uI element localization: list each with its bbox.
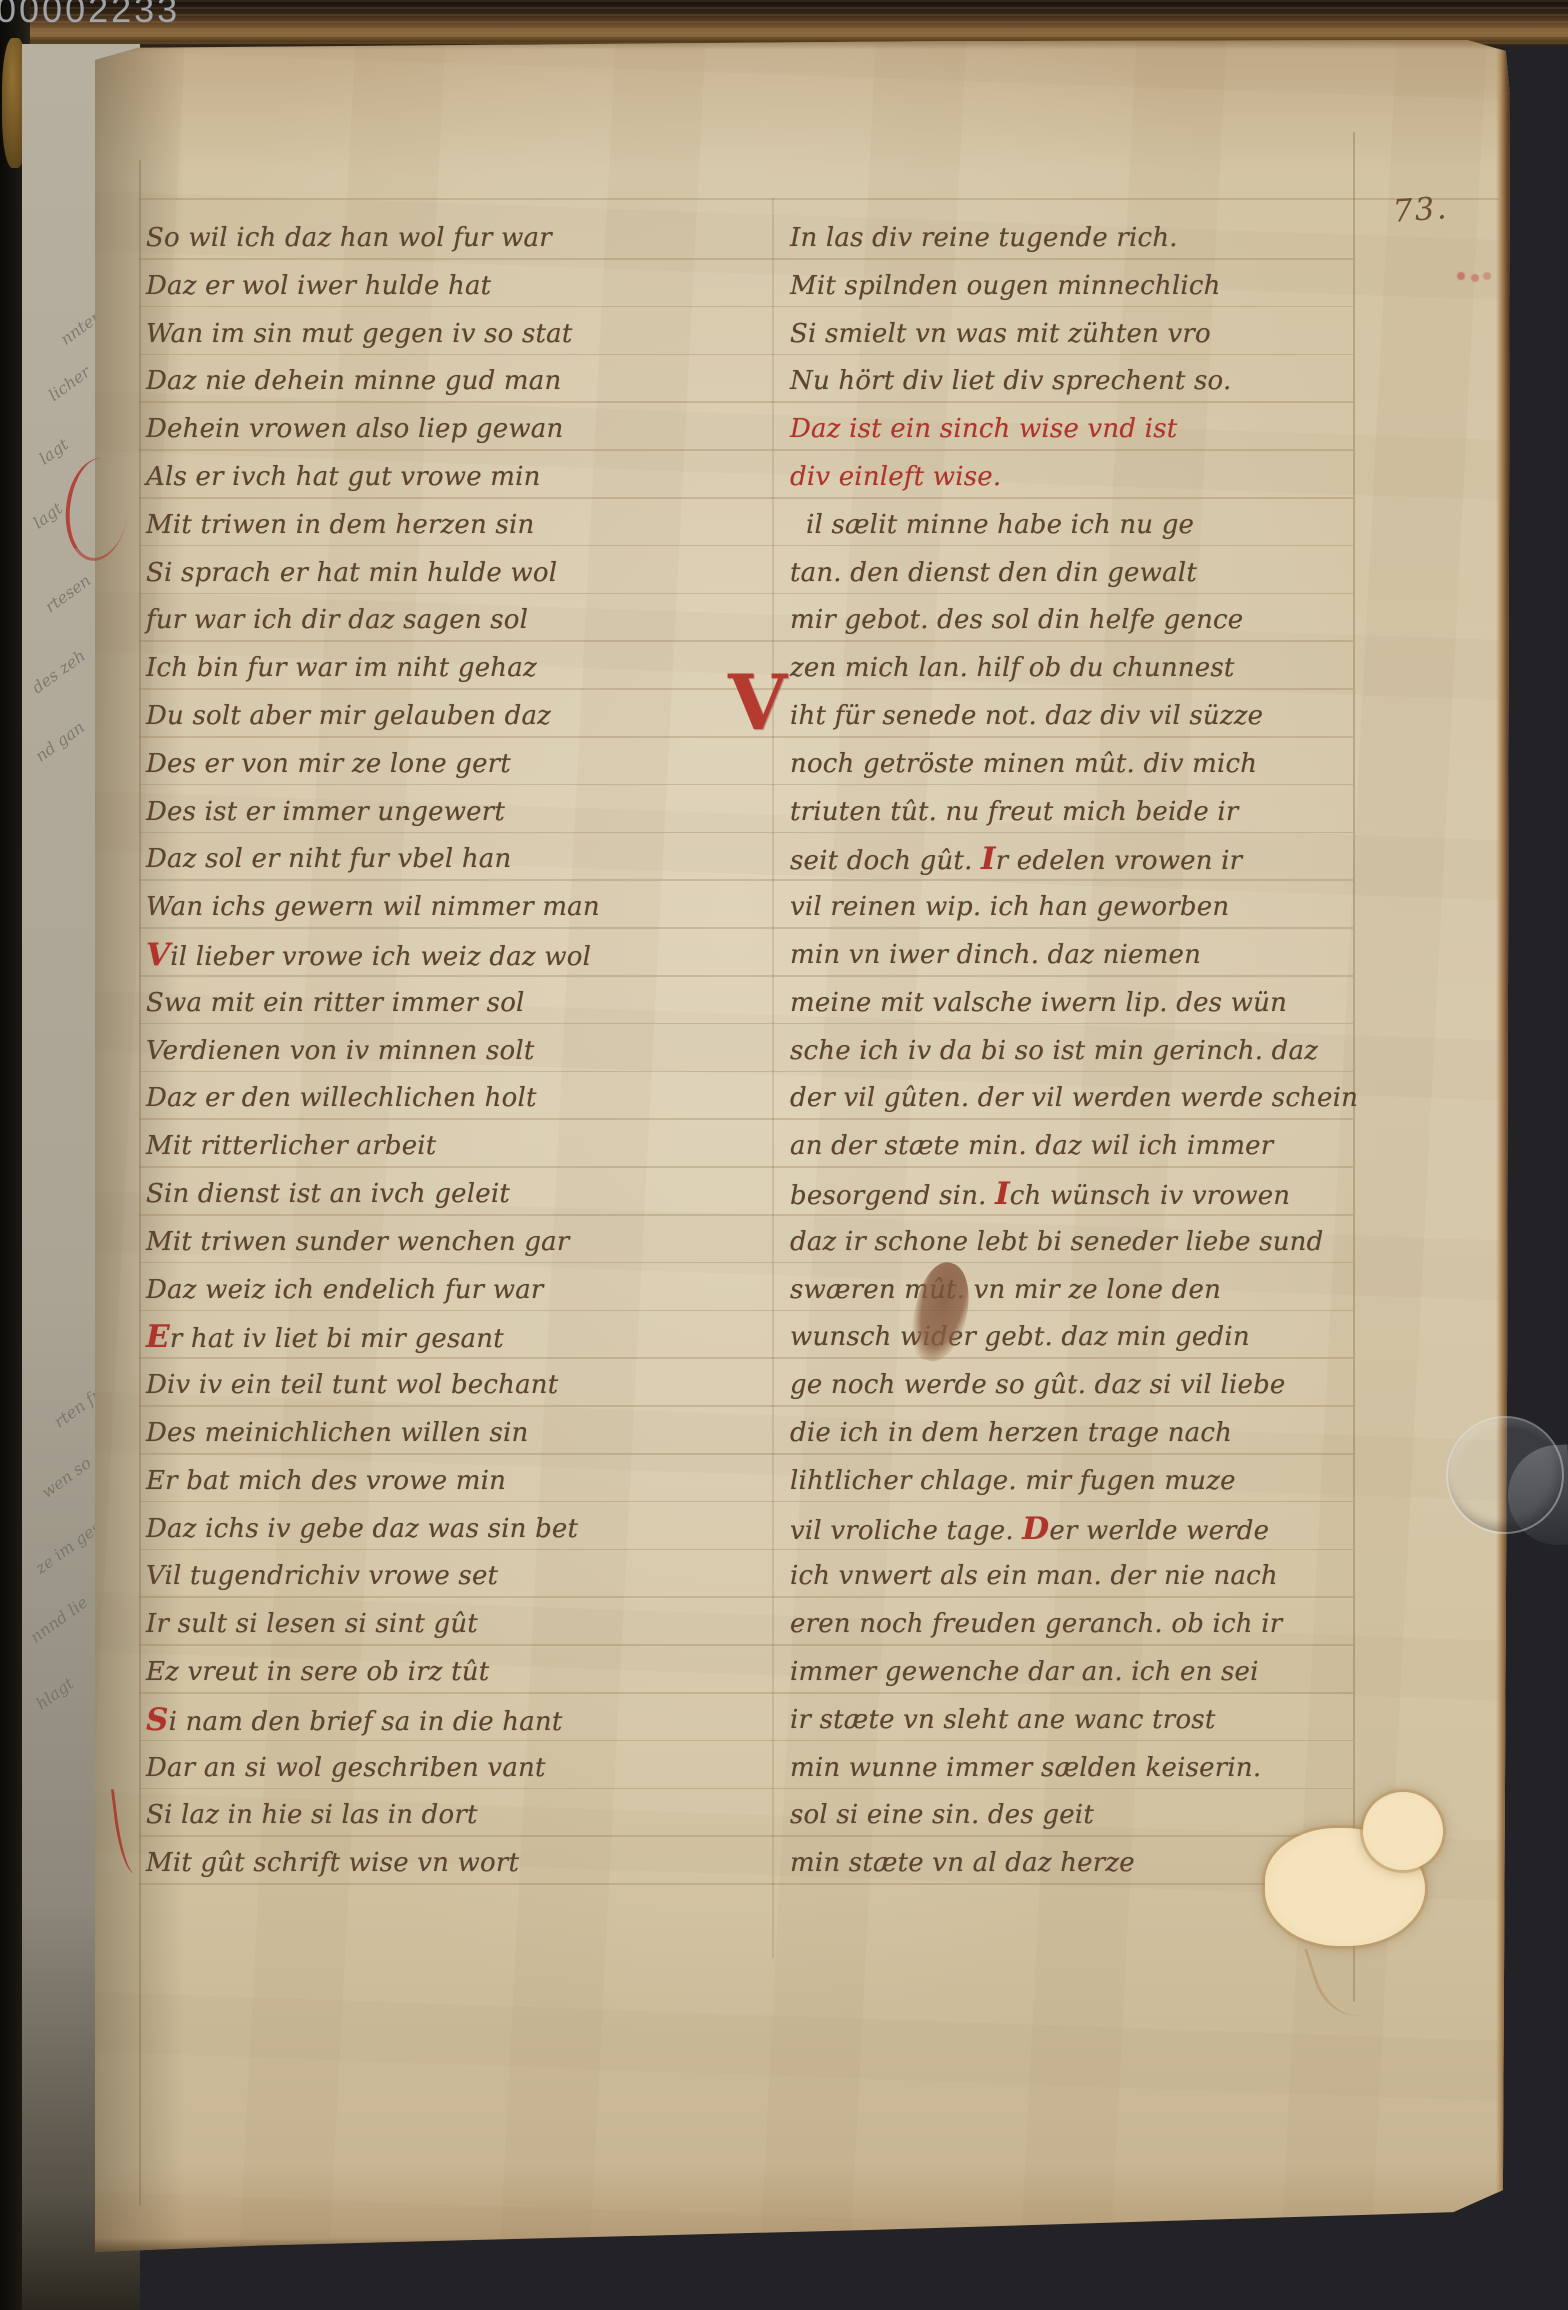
ruling-line [139,1501,1353,1503]
text-line: In las div reine tugende rich. [790,218,1178,258]
body-text: ge noch werde so gût. daz si vil liebe [790,1370,1286,1400]
text-line: Swa mit ein ritter immer sol [146,983,525,1023]
body-text: Mit spilnden ougen minnechlich [790,271,1221,301]
ruling-line [139,1453,1353,1455]
text-line: min wunne immer sælden keiserin. [790,1748,1261,1788]
body-text: Daz sol er niht fur vbel han [146,844,511,874]
text-line: Dehein vrowen also liep gewan [146,409,563,449]
page-edge-streaks [0,0,1568,46]
ghost-text-fragment: nd gan [32,717,88,765]
ruling-line [139,354,1353,356]
body-text: noch getröste minen mût. div mich [790,749,1257,779]
body-text: Er bat mich des vrowe min [146,1466,506,1496]
text-line: vil reinen wip. ich han geworben [790,887,1229,927]
ruling-line [139,1692,1353,1694]
ghost-text-fragment: lagt [29,499,66,533]
body-text: Ich bin fur war im niht gehaz [146,653,537,683]
body-text: Daz er wol iwer hulde hat [146,271,491,301]
body-text: meine mit valsche iwern lip. des wün [790,988,1287,1018]
text-line: ich vnwert als ein man. der nie nach [790,1556,1278,1596]
rubric-text: D [1022,1511,1049,1547]
ruling-line [139,1835,1353,1837]
text-line: Vil tugendrichiv vrowe set [146,1556,498,1596]
text-line: Er bat mich des vrowe min [146,1461,506,1501]
body-text: iht für senede not. daz div vil süzze [790,701,1263,731]
ruling-line [139,593,1353,595]
body-text: r hat iv liet bi mir gesant [170,1324,504,1354]
text-line: die ich in dem herzen trage nach [790,1413,1232,1453]
ruling-line [139,1118,1353,1120]
text-line: tan. den dienst den din gewalt [790,553,1197,593]
page-fore-edge [1496,40,1510,2252]
body-text: an der stæte min. daz wil ich immer [790,1131,1273,1161]
ruling-line [139,1166,1353,1168]
body-text: Swa mit ein ritter immer sol [146,988,525,1018]
page-bottom-browning [95,2238,1510,2252]
body-text: Des er von mir ze lone gert [146,749,511,779]
text-line: an der stæte min. daz wil ich immer [790,1126,1273,1166]
text-line: Des meinichlichen willen sin [146,1413,529,1453]
body-text: il sælit minne habe ich nu ge [806,510,1194,540]
body-text: der vil gûten. der vil werden werde sche… [790,1083,1358,1113]
body-text: Vil tugendrichiv vrowe set [146,1561,498,1591]
text-line: div einleft wise. [790,457,1001,497]
body-text: Daz er den willechlichen holt [146,1083,537,1113]
ruling-line [139,497,1353,499]
body-text: il lieber vrowe ich weiz daz wol [170,942,591,972]
ruling-line [139,1310,1353,1312]
ghost-text-fragment: rtesen [41,571,94,617]
text-line: zen mich lan. hilf ob du chunnest [790,648,1235,688]
body-text: min stæte vn al daz herze [790,1848,1135,1878]
text-line: sol si eine sin. des geit [790,1795,1094,1835]
ruling-line [139,1262,1353,1264]
text-line: Daz nie dehein minne gud man [146,361,561,401]
text-line: Daz er den willechlichen holt [146,1078,537,1118]
text-line: sche ich iv da bi so ist min gerinch. da… [790,1031,1318,1071]
text-line: Si nam den brief sa in die hant [146,1700,563,1742]
body-text: Si sprach er hat min hulde wol [146,558,557,588]
ruling-line [139,832,1353,834]
ruling-line [139,401,1353,403]
body-text: mir gebot. des sol din helfe gence [790,605,1243,635]
text-line: Wan ichs gewern wil nimmer man [146,887,600,927]
body-text: Mit gût schrift wise vn wort [146,1848,519,1878]
body-text: Wan ichs gewern wil nimmer man [146,892,600,922]
body-text: ir stæte vn sleht ane wanc trost [790,1705,1216,1735]
body-text: Dehein vrowen also liep gewan [146,414,563,444]
ruling-vertical-line [139,160,141,2206]
text-line: daz ir schone lebt bi seneder liebe sund [790,1222,1323,1262]
body-text: min vn iwer dinch. daz niemen [790,940,1201,970]
text-line: min vn iwer dinch. daz niemen [790,935,1201,975]
rubric-text: I [995,1176,1010,1212]
ruling-line [139,449,1353,451]
book-top-edge [0,0,1568,46]
body-text: ch wünsch iv vrowen [1010,1181,1290,1211]
body-text: Sin dienst ist an ivch geleit [146,1179,510,1209]
text-line: seit doch gût. Ir edelen vrowen ir [790,839,1242,881]
body-text: Si laz in hie si las in dort [146,1800,478,1830]
body-text: zen mich lan. hilf ob du chunnest [790,653,1235,683]
ruling-line [139,1071,1353,1073]
ruling-line [139,640,1353,642]
body-text: Si smielt vn was mit zühten vro [790,319,1211,349]
rubric-text: S [146,1702,169,1738]
text-line: iht für senede not. daz div vil süzze [790,696,1263,736]
body-text: vil vroliche tage. [790,1516,1022,1546]
body-text: Des ist er immer ungewert [146,797,505,827]
text-line: ir stæte vn sleht ane wanc trost [790,1700,1216,1740]
body-text: r edelen vrowen ir [996,846,1243,876]
text-line: Mit ritterlicher arbeit [146,1126,436,1166]
ruling-line [139,545,1353,547]
body-text: vil reinen wip. ich han geworben [790,892,1229,922]
text-line: Daz ist ein sinch wise vnd ist [790,409,1177,449]
text-line: vil vroliche tage. Der werlde werde [790,1509,1269,1551]
page-holder-glass [1446,1416,1564,1534]
text-line: Verdienen von iv minnen solt [146,1031,535,1071]
ghost-text-fragment: des zeh [28,646,89,697]
body-text: besorgend sin. [790,1181,995,1211]
ruling-line [139,1023,1353,1025]
rubric-text: V [146,937,170,973]
body-text: i nam den brief sa in die hant [169,1707,563,1737]
body-text: Mit ritterlicher arbeit [146,1131,436,1161]
body-text: tan. den dienst den din gewalt [790,558,1197,588]
ruling-line [139,1405,1353,1407]
text-line: Daz er wol iwer hulde hat [146,266,491,306]
body-text: Nu hört div liet div sprechent so. [790,366,1231,396]
ghost-text-fragment: wen so [38,1453,95,1502]
text-line: ge noch werde so gût. daz si vil liebe [790,1365,1286,1405]
body-text: fur war ich dir daz sagen sol [146,605,528,635]
body-text: Daz weiz ich endelich fur war [146,1275,544,1305]
ghost-text-fragment: ze im ges [32,1517,105,1577]
text-line: Des ist er immer ungewert [146,792,505,832]
text-line: Als er ivch hat gut vrowe min [146,457,541,497]
text-line: Div iv ein teil tunt wol bechant [146,1365,558,1405]
body-text: Dar an si wol geschriben vant [146,1753,546,1783]
red-ink-marks [1457,272,1465,280]
body-text: Div iv ein teil tunt wol bechant [146,1370,558,1400]
body-text: triuten tût. nu freut mich beide ir [790,797,1239,827]
drop-cap-v: V [728,668,787,738]
text-line: fur war ich dir daz sagen sol [146,600,528,640]
text-line: lihtlicher chlage. mir fugen muze [790,1461,1236,1501]
body-text: Mit triwen in dem herzen sin [146,510,534,540]
rubric-text: I [981,841,996,877]
body-text: Daz nie dehein minne gud man [146,366,561,396]
body-text: Als er ivch hat gut vrowe min [146,462,541,492]
text-line: Daz weiz ich endelich fur war [146,1270,544,1310]
body-text: Ez vreut in sere ob irz tût [146,1657,489,1687]
manuscript-scan: { "scan": { "counter": "00002233" }, "pa… [0,0,1568,2310]
ghost-text-fragment: hlagt [32,1674,77,1714]
body-text: So wil ich daz han wol fur war [146,223,552,253]
text-line: noch getröste minen mût. div mich [790,744,1257,784]
text-line: Ez vreut in sere ob irz tût [146,1652,489,1692]
folio-number: 73. [1392,190,1450,230]
body-text: ich vnwert als ein man. der nie nach [790,1561,1278,1591]
body-text: Wan im sin mut gegen iv so stat [146,319,573,349]
parchment-repair-patch [1363,1792,1443,1870]
ruling-line [139,784,1353,786]
ruling-line [139,306,1353,308]
body-text: In las div reine tugende rich. [790,223,1178,253]
text-line: Si laz in hie si las in dort [146,1795,478,1835]
ruling-top-line [139,198,1499,200]
body-text: Verdienen von iv minnen solt [146,1036,535,1066]
text-line: triuten tût. nu freut mich beide ir [790,792,1239,832]
text-line: immer gewenche dar an. ich en sei [790,1652,1259,1692]
body-text: daz ir schone lebt bi seneder liebe sund [790,1227,1323,1257]
text-line: Si sprach er hat min hulde wol [146,553,557,593]
text-line: eren noch freuden geranch. ob ich ir [790,1604,1282,1644]
ruling-line [139,1644,1353,1646]
text-line: besorgend sin. Ich wünsch iv vrowen [790,1174,1290,1216]
text-line: Ich bin fur war im niht gehaz [146,648,537,688]
scan-counter: 00002233 [0,0,180,31]
ruling-line [139,1596,1353,1598]
body-text: swæren mût. vn mir ze lone den [790,1275,1221,1305]
text-line: Ir sult si lesen si sint gût [146,1604,478,1644]
text-line: Er hat iv liet bi mir gesant [146,1317,504,1359]
text-line: il sælit minne habe ich nu ge [806,505,1194,545]
body-text: min wunne immer sælden keiserin. [790,1753,1261,1783]
ruling-line [139,258,1353,260]
text-line: min stæte vn al daz herzemin. [790,1843,1342,1883]
body-text: er werlde werde [1049,1516,1269,1546]
body-text: sche ich iv da bi so ist min gerinch. da… [790,1036,1318,1066]
ghost-text-fragment: nnnd lie [27,1592,92,1646]
ruling-line [139,1788,1353,1790]
rubric-text: E [146,1319,170,1355]
text-line: Mit triwen in dem herzen sin [146,505,534,545]
text-line: Mit spilnden ougen minnechlich [790,266,1221,306]
body-text: eren noch freuden geranch. ob ich ir [790,1609,1282,1639]
ruling-vertical-line [772,198,774,1958]
body-text: immer gewenche dar an. ich en sei [790,1657,1259,1687]
text-line: Dar an si wol geschriben vant [146,1748,546,1788]
ruling-line [139,927,1353,929]
text-line: mir gebot. des sol din helfe gence [790,600,1243,640]
text-line: der vil gûten. der vil werden werde sche… [790,1078,1358,1118]
text-line: Mit gût schrift wise vn wort [146,1843,519,1883]
body-text: lihtlicher chlage. mir fugen muze [790,1466,1236,1496]
body-text: wunsch wider gebt. daz min gedin [790,1322,1250,1352]
rubric-text: Daz ist ein sinch wise vnd ist [790,414,1177,444]
text-line: Wan im sin mut gegen iv so stat [146,314,573,354]
ghost-text-fragment: lagt [35,435,72,469]
text-line: Daz sol er niht fur vbel han [146,839,511,879]
text-line: wunsch wider gebt. daz min gedin [790,1317,1250,1357]
body-text: Mit triwen sunder wenchen gar [146,1227,570,1257]
body-text: die ich in dem herzen trage nach [790,1418,1232,1448]
body-text: Ir sult si lesen si sint gût [146,1609,478,1639]
text-line: meine mit valsche iwern lip. des wün [790,983,1287,1023]
body-text: Daz ichs iv gebe daz was sin bet [146,1514,578,1544]
body-text: Du solt aber mir gelauben daz [146,701,551,731]
ghost-text-fragment: licher [45,362,94,405]
ruling-line [139,1883,1353,1885]
body-text: sol si eine sin. des geit [790,1800,1094,1830]
text-line: Sin dienst ist an ivch geleit [146,1174,510,1214]
text-line: Si smielt vn was mit zühten vro [790,314,1211,354]
text-line: Daz ichs iv gebe daz was sin bet [146,1509,578,1549]
rubric-text: div einleft wise. [790,462,1001,492]
text-line: Vil lieber vrowe ich weiz daz wol [146,935,591,977]
text-line: So wil ich daz han wol fur war [146,218,552,258]
text-line: Mit triwen sunder wenchen gar [146,1222,570,1262]
text-line: Nu hört div liet div sprechent so. [790,361,1231,401]
text-line: Des er von mir ze lone gert [146,744,511,784]
body-text: Des meinichlichen willen sin [146,1418,529,1448]
manuscript-page: 73. So wil ich daz han wol fur warDaz er… [95,40,1510,2252]
body-text: seit doch gût. [790,846,981,876]
text-line: swæren mût. vn mir ze lone den [790,1270,1221,1310]
text-line: Du solt aber mir gelauben daz [146,696,551,736]
ruling-vertical-line [1353,132,1355,2002]
